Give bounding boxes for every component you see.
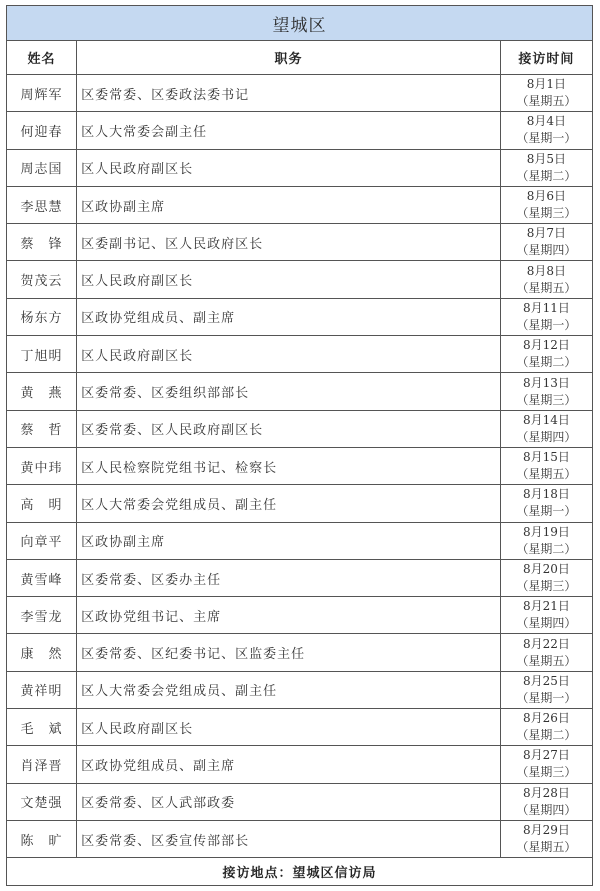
official-name: 肖泽晋 (7, 746, 77, 783)
official-name: 黄中玮 (7, 447, 77, 484)
table-title: 望城区 (7, 6, 593, 41)
weekday-text: （星期五） (501, 93, 592, 110)
official-role: 区政协党组书记、主席 (77, 597, 501, 634)
official-role: 区人大常委会副主任 (77, 112, 501, 149)
official-role: 区委常委、区人武部政委 (77, 783, 501, 820)
official-name: 黄 燕 (7, 373, 77, 410)
official-name: 周志国 (7, 149, 77, 186)
official-role: 区人民检察院党组书记、检察长 (77, 447, 501, 484)
table-row: 肖泽晋 区政协党组成员、副主席 8月27日 （星期三） (7, 746, 593, 783)
date-text: 8月20日 (501, 561, 592, 578)
weekday-text: （星期三） (501, 578, 592, 595)
date-text: 8月8日 (501, 263, 592, 280)
official-role: 区政协党组成员、副主席 (77, 298, 501, 335)
table-row: 黄祥明 区人大常委会党组成员、副主任 8月25日 （星期一） (7, 671, 593, 708)
official-role: 区政协党组成员、副主席 (77, 746, 501, 783)
weekday-text: （星期三） (501, 205, 592, 222)
table-row: 文楚强 区委常委、区人武部政委 8月28日 （星期四） (7, 783, 593, 820)
date-text: 8月6日 (501, 188, 592, 205)
header-date: 接访时间 (500, 41, 592, 75)
official-role: 区委常委、区委政法委书记 (77, 75, 501, 112)
date-text: 8月15日 (501, 449, 592, 466)
reception-date: 8月12日 （星期二） (500, 336, 592, 373)
table-row: 李思慧 区政协副主席 8月6日 （星期三） (7, 186, 593, 223)
date-text: 8月25日 (501, 673, 592, 690)
date-text: 8月27日 (501, 747, 592, 764)
reception-date: 8月18日 （星期一） (500, 485, 592, 522)
weekday-text: （星期四） (501, 615, 592, 632)
reception-date: 8月21日 （星期四） (500, 597, 592, 634)
official-name: 周辉军 (7, 75, 77, 112)
date-text: 8月19日 (501, 524, 592, 541)
header-row: 姓名 职务 接访时间 (7, 41, 593, 75)
weekday-text: （星期二） (501, 727, 592, 744)
official-name: 毛 斌 (7, 709, 77, 746)
official-role: 区委常委、区委宣传部部长 (77, 820, 501, 857)
table-row: 杨东方 区政协党组成员、副主席 8月11日 （星期一） (7, 298, 593, 335)
official-role: 区委常委、区委办主任 (77, 559, 501, 596)
reception-date: 8月27日 （星期三） (500, 746, 592, 783)
reception-date: 8月25日 （星期一） (500, 671, 592, 708)
header-role: 职务 (77, 41, 501, 75)
official-name: 高 明 (7, 485, 77, 522)
official-role: 区人民政府副区长 (77, 336, 501, 373)
reception-date: 8月4日 （星期一） (500, 112, 592, 149)
weekday-text: （星期四） (501, 429, 592, 446)
table-row: 周志国 区人民政府副区长 8月5日 （星期二） (7, 149, 593, 186)
table-row: 贺茂云 区人民政府副区长 8月8日 （星期五） (7, 261, 593, 298)
weekday-text: （星期一） (501, 130, 592, 147)
date-text: 8月11日 (501, 300, 592, 317)
official-name: 文楚强 (7, 783, 77, 820)
reception-date: 8月14日 （星期四） (500, 410, 592, 447)
table-row: 毛 斌 区人民政府副区长 8月26日 （星期二） (7, 709, 593, 746)
official-name: 黄雪峰 (7, 559, 77, 596)
table-row: 黄雪峰 区委常委、区委办主任 8月20日 （星期三） (7, 559, 593, 596)
official-role: 区人大常委会党组成员、副主任 (77, 671, 501, 708)
official-name: 陈 旷 (7, 820, 77, 857)
reception-date: 8月19日 （星期二） (500, 522, 592, 559)
title-row: 望城区 (7, 6, 593, 41)
date-text: 8月12日 (501, 337, 592, 354)
official-name: 何迎春 (7, 112, 77, 149)
official-role: 区委常委、区委组织部部长 (77, 373, 501, 410)
official-role: 区人民政府副区长 (77, 709, 501, 746)
date-text: 8月13日 (501, 375, 592, 392)
official-role: 区人民政府副区长 (77, 261, 501, 298)
table-row: 何迎春 区人大常委会副主任 8月4日 （星期一） (7, 112, 593, 149)
table-row: 黄中玮 区人民检察院党组书记、检察长 8月15日 （星期五） (7, 447, 593, 484)
weekday-text: （星期四） (501, 242, 592, 259)
weekday-text: （星期三） (501, 764, 592, 781)
date-text: 8月22日 (501, 636, 592, 653)
reception-date: 8月6日 （星期三） (500, 186, 592, 223)
table-row: 蔡 哲 区委常委、区人民政府副区长 8月14日 （星期四） (7, 410, 593, 447)
table-row: 黄 燕 区委常委、区委组织部部长 8月13日 （星期三） (7, 373, 593, 410)
official-name: 李思慧 (7, 186, 77, 223)
official-name: 杨东方 (7, 298, 77, 335)
reception-date: 8月11日 （星期一） (500, 298, 592, 335)
table-row: 向章平 区政协副主席 8月19日 （星期二） (7, 522, 593, 559)
date-text: 8月5日 (501, 151, 592, 168)
reception-schedule-table: 望城区 姓名 职务 接访时间 周辉军 区委常委、区委政法委书记 8月1日 （星期… (6, 5, 593, 886)
footer-row: 接访地点：望城区信访局 (7, 858, 593, 886)
official-role: 区政协副主席 (77, 522, 501, 559)
reception-date: 8月29日 （星期五） (500, 820, 592, 857)
official-role: 区委常委、区纪委书记、区监委主任 (77, 634, 501, 671)
weekday-text: （星期二） (501, 354, 592, 371)
official-role: 区人大常委会党组成员、副主任 (77, 485, 501, 522)
reception-date: 8月26日 （星期二） (500, 709, 592, 746)
date-text: 8月1日 (501, 76, 592, 93)
date-text: 8月4日 (501, 113, 592, 130)
table-row: 陈 旷 区委常委、区委宣传部部长 8月29日 （星期五） (7, 820, 593, 857)
official-name: 蔡 锋 (7, 224, 77, 261)
weekday-text: （星期一） (501, 690, 592, 707)
official-role: 区政协副主席 (77, 186, 501, 223)
date-text: 8月18日 (501, 486, 592, 503)
reception-date: 8月22日 （星期五） (500, 634, 592, 671)
date-text: 8月29日 (501, 822, 592, 839)
weekday-text: （星期五） (501, 466, 592, 483)
reception-location: 接访地点：望城区信访局 (7, 858, 593, 886)
reception-date: 8月5日 （星期二） (500, 149, 592, 186)
reception-date: 8月20日 （星期三） (500, 559, 592, 596)
official-name: 丁旭明 (7, 336, 77, 373)
date-text: 8月14日 (501, 412, 592, 429)
table-row: 康 然 区委常委、区纪委书记、区监委主任 8月22日 （星期五） (7, 634, 593, 671)
official-name: 贺茂云 (7, 261, 77, 298)
weekday-text: （星期四） (501, 802, 592, 819)
table-row: 高 明 区人大常委会党组成员、副主任 8月18日 （星期一） (7, 485, 593, 522)
weekday-text: （星期五） (501, 280, 592, 297)
reception-date: 8月8日 （星期五） (500, 261, 592, 298)
table-row: 丁旭明 区人民政府副区长 8月12日 （星期二） (7, 336, 593, 373)
official-role: 区委副书记、区人民政府区长 (77, 224, 501, 261)
official-role: 区委常委、区人民政府副区长 (77, 410, 501, 447)
official-name: 康 然 (7, 634, 77, 671)
reception-date: 8月7日 （星期四） (500, 224, 592, 261)
official-name: 李雪龙 (7, 597, 77, 634)
weekday-text: （星期五） (501, 653, 592, 670)
official-name: 向章平 (7, 522, 77, 559)
weekday-text: （星期二） (501, 168, 592, 185)
official-role: 区人民政府副区长 (77, 149, 501, 186)
weekday-text: （星期一） (501, 503, 592, 520)
reception-date: 8月15日 （星期五） (500, 447, 592, 484)
official-name: 蔡 哲 (7, 410, 77, 447)
date-text: 8月21日 (501, 598, 592, 615)
date-text: 8月28日 (501, 785, 592, 802)
weekday-text: （星期三） (501, 392, 592, 409)
reception-date: 8月13日 （星期三） (500, 373, 592, 410)
header-name: 姓名 (7, 41, 77, 75)
reception-date: 8月1日 （星期五） (500, 75, 592, 112)
weekday-text: （星期一） (501, 317, 592, 334)
table-row: 李雪龙 区政协党组书记、主席 8月21日 （星期四） (7, 597, 593, 634)
weekday-text: （星期五） (501, 839, 592, 856)
reception-date: 8月28日 （星期四） (500, 783, 592, 820)
table-row: 周辉军 区委常委、区委政法委书记 8月1日 （星期五） (7, 75, 593, 112)
date-text: 8月26日 (501, 710, 592, 727)
date-text: 8月7日 (501, 225, 592, 242)
table-row: 蔡 锋 区委副书记、区人民政府区长 8月7日 （星期四） (7, 224, 593, 261)
official-name: 黄祥明 (7, 671, 77, 708)
weekday-text: （星期二） (501, 541, 592, 558)
